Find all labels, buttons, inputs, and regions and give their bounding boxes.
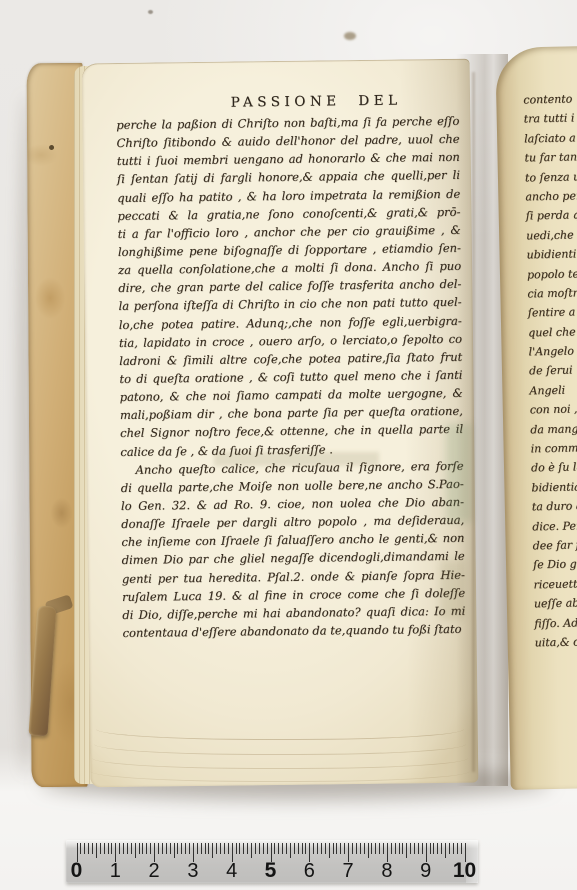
ruler-number: 9 [420, 860, 431, 883]
ruler-tick [321, 843, 322, 854]
ruler-tick [189, 843, 190, 854]
ruler-tick [313, 843, 314, 854]
ruler-number: 2 [149, 860, 160, 883]
ruler-tick [100, 843, 101, 854]
ruler-tick [302, 843, 303, 854]
ruler-tick [224, 843, 225, 854]
right-page-text-line: con noi , [530, 399, 577, 420]
right-page-text-line: ſentire a [528, 302, 577, 323]
ruler-tick [104, 843, 105, 854]
ruler-tick [290, 843, 291, 858]
right-page-text-line: tu far tan [524, 147, 577, 168]
ruler-tick [437, 843, 438, 854]
ruler-tick [298, 843, 299, 854]
ruler-number: 10 [453, 859, 476, 883]
ruler-tick [375, 843, 376, 854]
ruler-tick [364, 843, 365, 854]
ruler-number: 8 [381, 860, 392, 883]
ruler-tick [461, 843, 462, 854]
ruler: 012345678910 [66, 840, 478, 883]
ruler-tick [123, 843, 124, 854]
ruler-tick [457, 843, 458, 854]
background-speck [148, 10, 153, 14]
right-page-text: contentotra tutti ilaſciato atu far tant… [523, 89, 577, 653]
ruler-tick [131, 843, 132, 854]
ruler-tick [92, 843, 93, 854]
ruler-tick [278, 843, 279, 854]
right-page-text-line: bidientia [531, 477, 577, 498]
right-page-text-line: dee far fr [532, 535, 577, 556]
ruler-tick [399, 843, 400, 854]
ruler-tick [395, 843, 396, 854]
ruler-tick [433, 843, 434, 854]
right-page-text-line: contento [523, 89, 577, 110]
right-page-text-line: tra tutti i [524, 108, 577, 129]
ruler-tick [139, 843, 140, 854]
ruler-tick [135, 843, 136, 858]
right-page-text-line: Angeli [529, 380, 577, 401]
right-page-text-line: uedi,che [526, 225, 577, 246]
ruler-tick [267, 843, 268, 854]
ruler-tick [371, 843, 372, 854]
ruler-tick [329, 843, 330, 858]
ruler-tick [212, 843, 213, 858]
ruler-number: 1 [110, 860, 121, 883]
ruler-number: 5 [265, 859, 277, 883]
right-page-text-line: ancho per [525, 186, 577, 207]
ruler-tick [402, 843, 403, 854]
ruler-tick [360, 843, 361, 854]
right-page-text-line: riceuette [533, 574, 577, 595]
dirt-smudge [344, 32, 356, 40]
right-page-text-line: ubidienti [526, 244, 577, 265]
ruler-tick [220, 843, 221, 854]
ruler-tick [108, 843, 109, 854]
ruler-tick [391, 843, 392, 854]
ruler-tick [274, 843, 275, 854]
ruler-tick [255, 843, 256, 854]
photo-background: PASSIONE DEL perche la paßion di Chriſto… [0, 0, 577, 890]
ruler-tick [158, 843, 159, 854]
ruler-tick [208, 843, 209, 854]
right-page-text-line: laſciato a [524, 128, 577, 149]
ruler-tick [197, 843, 198, 854]
ruler-tick [453, 843, 454, 854]
right-page-text-line: uita,& c [535, 632, 577, 653]
ruler-tick [201, 843, 202, 854]
ruler-tick [430, 843, 431, 854]
ruler-tick [205, 843, 206, 854]
ruler-tick [239, 843, 240, 854]
right-page-text-line: ta duro al [532, 496, 577, 517]
ruler-number: 3 [187, 860, 198, 883]
ruler-tick [236, 843, 237, 854]
ruler-tick [177, 843, 178, 854]
ruler-tick [305, 843, 306, 854]
ruler-tick [263, 843, 264, 854]
ruler-tick [247, 843, 248, 854]
ruler-number: 6 [304, 860, 315, 883]
right-page-text-line: l'Angelo [528, 341, 577, 362]
ruler-tick [356, 843, 357, 854]
ruler-tick [379, 843, 380, 854]
ruler-tick [445, 843, 446, 858]
ruler-tick [216, 843, 217, 854]
ruler-number: 7 [343, 860, 354, 883]
ink-showthrough [214, 452, 379, 466]
ruler-number: 0 [71, 859, 83, 883]
right-page-text-line: ſe Dio gl [533, 554, 577, 575]
ruler-tick [352, 843, 353, 854]
ruler-tick [174, 843, 175, 858]
ruler-tick [418, 843, 419, 854]
right-page: contentotra tutti ilaſciato atu far tant… [495, 46, 577, 790]
right-page-text-line: fiſſo. Ad [534, 612, 577, 633]
right-page-text-line: do è ſu la [531, 457, 577, 478]
right-page-text-line: in commi [530, 438, 577, 459]
ruler-tick [80, 843, 81, 854]
right-page-text-line: ueſſe aba [534, 593, 577, 614]
ruler-tick [146, 843, 147, 854]
left-page: PASSIONE DEL perche la paßion di Chriſto… [82, 59, 479, 788]
right-page-text-line: quel che [528, 322, 577, 343]
ruler-tick [410, 843, 411, 854]
ruler-tick [406, 843, 407, 858]
right-page-text-line: ſi perda q [526, 205, 577, 226]
ruler-tick [317, 843, 318, 854]
ruler-tick [422, 843, 423, 854]
right-page-text-line: cia moſtr [527, 283, 577, 304]
ruler-tick [228, 843, 229, 854]
ruler-tick [259, 843, 260, 854]
ruler-tick [251, 843, 252, 858]
ruler-tick [96, 843, 97, 858]
ruler-tick [344, 843, 345, 854]
ruler-tick [142, 843, 143, 854]
ruler-tick [127, 843, 128, 854]
ruler-tick [185, 843, 186, 854]
right-page-text-line: de ſerui [529, 360, 577, 381]
ruler-tick [414, 843, 415, 854]
ruler-tick [181, 843, 182, 854]
ruler-tick [282, 843, 283, 854]
ruler-tick [449, 843, 450, 854]
ruler-tick [333, 843, 334, 854]
ruler-tick [166, 843, 167, 854]
ruler-tick [162, 843, 163, 854]
ruler-tick [243, 843, 244, 854]
ruler-number: 4 [226, 860, 237, 883]
ruler-tick [368, 843, 369, 858]
ruler-tick [84, 843, 85, 854]
ruler-tick [111, 843, 112, 854]
ruler-tick [170, 843, 171, 854]
ruler-tick [383, 843, 384, 854]
text-block: perche la paßion di Chriſto non baſti,ma… [116, 112, 465, 642]
ruler-tick [119, 843, 120, 854]
ruler-tick [340, 843, 341, 854]
ruler-tick [336, 843, 337, 854]
right-page-text-line: popolo te [527, 263, 577, 284]
ruler-tick [88, 843, 89, 854]
ruler-tick [294, 843, 295, 854]
ruler-tick [441, 843, 442, 854]
ruler-tick [150, 843, 151, 854]
right-page-text-line: to ſenza u [525, 167, 577, 188]
right-page-text-line: dice. Per [532, 515, 577, 536]
ruler-tick [325, 843, 326, 854]
right-page-text-line: da mang [530, 419, 577, 440]
binding-speck [49, 145, 54, 150]
ruler-tick [286, 843, 287, 854]
